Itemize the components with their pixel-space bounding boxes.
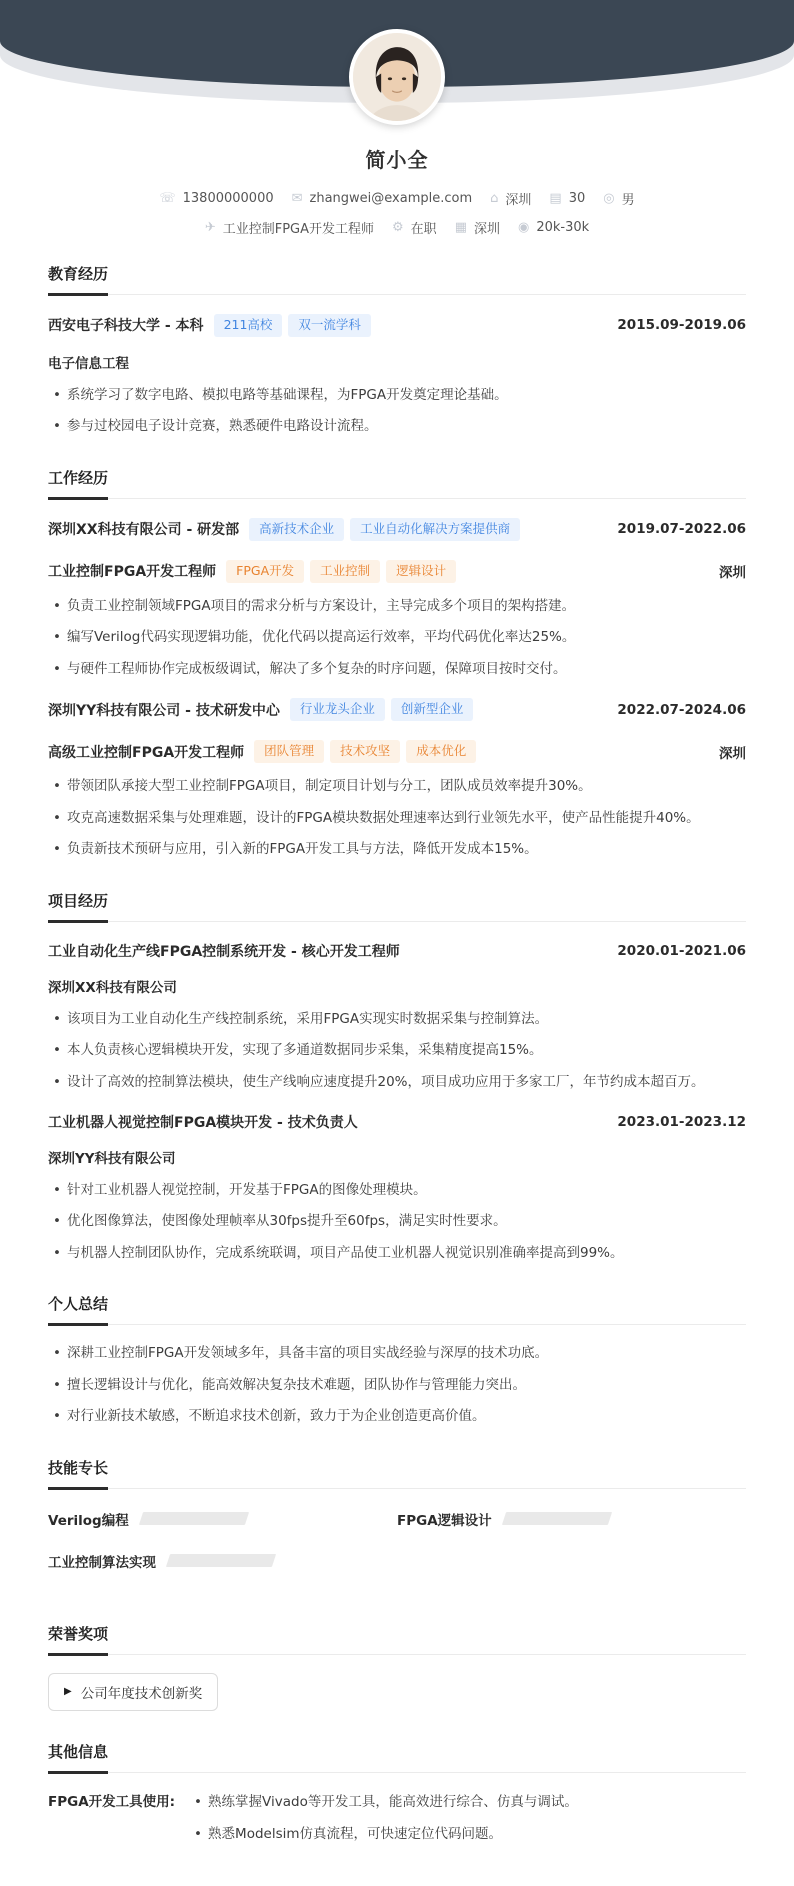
company-tag: 工业自动化解决方案提供商 bbox=[350, 518, 520, 541]
section-projects: 项目经历 工业自动化生产线FPGA控制系统开发 - 核心开发工程师 2020.0… bbox=[48, 890, 746, 1263]
work2-location: 深圳 bbox=[719, 742, 746, 762]
position-value: 工业控制FPGA开发工程师 bbox=[223, 218, 374, 237]
candidate-name: 简小全 bbox=[0, 144, 794, 173]
project1-bullets: 该项目为工业自动化生产线控制系统，采用FPGA实现实时数据采集与控制算法。 本人… bbox=[48, 1010, 746, 1093]
summary-heading: 个人总结 bbox=[48, 1293, 746, 1325]
phone-value: 13800000000 bbox=[183, 191, 274, 206]
work1-bullets: 负责工业控制领域FPGA项目的需求分析与方案设计，主导完成多个项目的架构搭建。 … bbox=[48, 597, 746, 680]
role-tag: 技术攻坚 bbox=[330, 740, 400, 763]
education-bullet: 参与过校园电子设计竞赛，熟悉硬件电路设计流程。 bbox=[48, 417, 746, 437]
projects-title: 项目经历 bbox=[48, 890, 108, 923]
position-item: ✈ 工业控制FPGA开发工程师 bbox=[205, 218, 374, 237]
project-name: 工业自动化生产线FPGA控制系统开发 - 核心开发工程师 bbox=[48, 941, 400, 961]
work1-role-row: 工业控制FPGA开发工程师 FPGA开发 工业控制 逻辑设计 深圳 bbox=[48, 560, 746, 583]
gender-icon: ◎ bbox=[603, 192, 614, 205]
other-bullet: 熟练掌握Vivado等开发工具，能高效进行综合、仿真与调试。 bbox=[189, 1793, 746, 1813]
project2-title-row: 工业机器人视觉控制FPGA模块开发 - 技术负责人 2023.01-2023.1… bbox=[48, 1112, 746, 1132]
summary-bullet: 对行业新技术敏感，不断追求技术创新，致力于为企业创造更高价值。 bbox=[48, 1407, 746, 1427]
other-label: FPGA开发工具使用: bbox=[48, 1793, 175, 1813]
status-icon: ⚙ bbox=[392, 221, 404, 234]
project1-date: 2020.01-2021.06 bbox=[617, 943, 746, 959]
section-skills: 技能专长 Verilog编程 FPGA逻辑设计 工业控制算法实现 bbox=[48, 1457, 746, 1593]
education-bullets: 系统学习了数字电路、模拟电路等基础课程，为FPGA开发奠定理论基础。 参与过校园… bbox=[48, 386, 746, 437]
skills-heading: 技能专长 bbox=[48, 1457, 746, 1489]
skill-fpga-logic: FPGA逻辑设计 bbox=[397, 1509, 746, 1529]
education-title: 教育经历 bbox=[48, 263, 108, 296]
gender-value: 男 bbox=[622, 189, 635, 208]
project-bullet: 与机器人控制团队协作，完成系统联调，项目产品使工业机器人视觉识别准确率提高到99… bbox=[48, 1244, 746, 1264]
email-item: ✉ zhangwei@example.com bbox=[292, 191, 473, 206]
honors-title: 荣誉奖项 bbox=[48, 1623, 108, 1656]
other-bullets: 熟练掌握Vivado等开发工具，能高效进行综合、仿真与调试。 熟悉Modelsi… bbox=[189, 1793, 746, 1856]
project-bullet: 设计了高效的控制算法模块，使生产线响应速度提升20%，项目成功应用于多家工厂，年… bbox=[48, 1073, 746, 1093]
salary-icon: ◉ bbox=[518, 221, 529, 234]
project-bullet: 该项目为工业自动化生产线控制系统，采用FPGA实现实时数据采集与控制算法。 bbox=[48, 1010, 746, 1030]
projects-heading: 项目经历 bbox=[48, 890, 746, 922]
education-date: 2015.09-2019.06 bbox=[617, 317, 746, 333]
work-heading: 工作经历 bbox=[48, 467, 746, 499]
work-entry-2: 深圳YY科技有限公司 - 技术研发中心 行业龙头企业 创新型企业 2022.07… bbox=[48, 698, 746, 859]
skill-progress-bar bbox=[139, 1512, 249, 1525]
mail-icon: ✉ bbox=[292, 192, 303, 205]
company-name: 深圳XX科技有限公司 - 研发部 bbox=[48, 519, 239, 539]
work-bullet: 带领团队承接大型工业控制FPGA项目，制定项目计划与分工，团队成员效率提升30%… bbox=[48, 777, 746, 797]
summary-title: 个人总结 bbox=[48, 1293, 108, 1326]
work-bullet: 攻克高速数据采集与处理难题，设计的FPGA模块数据处理速率达到行业领先水平，使产… bbox=[48, 809, 746, 829]
school-tag-211: 211高校 bbox=[214, 314, 283, 337]
work1-role-left: 工业控制FPGA开发工程师 FPGA开发 工业控制 逻辑设计 bbox=[48, 560, 456, 583]
role-tag: 逻辑设计 bbox=[386, 560, 456, 583]
company-tag: 创新型企业 bbox=[391, 698, 474, 721]
company-tag: 高新技术企业 bbox=[249, 518, 344, 541]
skill-label: Verilog编程 bbox=[48, 1509, 129, 1529]
work-bullet: 负责新技术预研与应用，引入新的FPGA开发工具与方法，降低开发成本15%。 bbox=[48, 840, 746, 860]
work-title: 工作经历 bbox=[48, 467, 108, 500]
work2-role-row: 高级工业控制FPGA开发工程师 团队管理 技术攻坚 成本优化 深圳 bbox=[48, 740, 746, 763]
work-bullet: 编写Verilog代码实现逻辑功能，优化代码以提高运行效率，平均代码优化率达25… bbox=[48, 628, 746, 648]
work-bullet: 与硬件工程师协作完成板级调试，解决了多个复杂的时序问题，保障项目按时交付。 bbox=[48, 660, 746, 680]
company-name: 深圳YY科技有限公司 - 技术研发中心 bbox=[48, 700, 280, 720]
building-icon: ▦ bbox=[455, 221, 467, 234]
skill-verilog: Verilog编程 bbox=[48, 1509, 397, 1529]
work2-company-row: 深圳YY科技有限公司 - 技术研发中心 行业龙头企业 创新型企业 2022.07… bbox=[48, 698, 746, 721]
age-value: 30 bbox=[569, 191, 586, 206]
work2-date: 2022.07-2024.06 bbox=[617, 702, 746, 718]
job-status-item: ⚙ 在职 bbox=[392, 218, 437, 237]
work2-company-left: 深圳YY科技有限公司 - 技术研发中心 行业龙头企业 创新型企业 bbox=[48, 698, 473, 721]
role-tag: 工业控制 bbox=[310, 560, 380, 583]
work-city-value: 深圳 bbox=[474, 218, 500, 237]
skill-label: FPGA逻辑设计 bbox=[397, 1509, 492, 1529]
summary-bullet: 深耕工业控制FPGA开发领域多年，具备丰富的项目实战经验与深厚的技术功底。 bbox=[48, 1344, 746, 1364]
work-city-item: ▦ 深圳 bbox=[455, 218, 500, 237]
work1-company-left: 深圳XX科技有限公司 - 研发部 高新技术企业 工业自动化解决方案提供商 bbox=[48, 518, 520, 541]
section-honors: 荣誉奖项 ▶ 公司年度技术创新奖 bbox=[48, 1623, 746, 1711]
section-summary: 个人总结 深耕工业控制FPGA开发领域多年，具备丰富的项目实战经验与深厚的技术功… bbox=[48, 1293, 746, 1427]
education-bullet: 系统学习了数字电路、模拟电路等基础课程，为FPGA开发奠定理论基础。 bbox=[48, 386, 746, 406]
salary-item: ◉ 20k-30k bbox=[518, 220, 589, 235]
avatar-portrait-image bbox=[353, 33, 441, 121]
project-bullet: 针对工业机器人视觉控制，开发基于FPGA的图像处理模块。 bbox=[48, 1181, 746, 1201]
project2-company: 深圳YY科技有限公司 bbox=[48, 1147, 746, 1167]
other-heading: 其他信息 bbox=[48, 1741, 746, 1773]
summary-bullets: 深耕工业控制FPGA开发领域多年，具备丰富的项目实战经验与深厚的技术功底。 擅长… bbox=[48, 1344, 746, 1427]
phone-item: ☏ 13800000000 bbox=[159, 191, 273, 206]
education-heading: 教育经历 bbox=[48, 263, 746, 295]
honors-heading: 荣誉奖项 bbox=[48, 1623, 746, 1655]
skill-industrial-control: 工业控制算法实现 bbox=[48, 1551, 397, 1571]
skills-title: 技能专长 bbox=[48, 1457, 108, 1490]
job-status-value: 在职 bbox=[411, 218, 437, 237]
company-tag: 行业龙头企业 bbox=[290, 698, 385, 721]
role-tag: 成本优化 bbox=[406, 740, 476, 763]
project1-company: 深圳XX科技有限公司 bbox=[48, 976, 746, 996]
project-bullet: 本人负责核心逻辑模块开发，实现了多通道数据同步采集，采集精度提高15%。 bbox=[48, 1041, 746, 1061]
school-name: 西安电子科技大学 - 本科 bbox=[48, 315, 204, 335]
other-bullet: 熟悉Modelsim仿真流程，可快速定位代码问题。 bbox=[189, 1825, 746, 1845]
resume-header bbox=[0, 0, 794, 136]
skill-progress-bar bbox=[166, 1554, 276, 1567]
role-name: 高级工业控制FPGA开发工程师 bbox=[48, 742, 244, 762]
work2-role-left: 高级工业控制FPGA开发工程师 团队管理 技术攻坚 成本优化 bbox=[48, 740, 476, 763]
email-value: zhangwei@example.com bbox=[310, 191, 473, 206]
gender-item: ◎ 男 bbox=[603, 189, 634, 208]
role-name: 工业控制FPGA开发工程师 bbox=[48, 561, 216, 581]
skill-label: 工业控制算法实现 bbox=[48, 1551, 156, 1571]
other-title: 其他信息 bbox=[48, 1741, 108, 1774]
section-work: 工作经历 深圳XX科技有限公司 - 研发部 高新技术企业 工业自动化解决方案提供… bbox=[48, 467, 746, 860]
location-icon: ⌂ bbox=[490, 192, 498, 205]
work-bullet: 负责工业控制领域FPGA项目的需求分析与方案设计，主导完成多个项目的架构搭建。 bbox=[48, 597, 746, 617]
project-bullet: 优化图像算法，使图像处理帧率从30fps提升至60fps，满足实时性要求。 bbox=[48, 1212, 746, 1232]
work-entry-1: 深圳XX科技有限公司 - 研发部 高新技术企业 工业自动化解决方案提供商 201… bbox=[48, 518, 746, 679]
age-icon: ▤ bbox=[549, 192, 561, 205]
summary-bullet: 擅长逻辑设计与优化，能高效解决复杂技术难题，团队协作与管理能力突出。 bbox=[48, 1376, 746, 1396]
project2-date: 2023.01-2023.12 bbox=[617, 1114, 746, 1130]
age-item: ▤ 30 bbox=[549, 191, 585, 206]
section-education: 教育经历 西安电子科技大学 - 本科 211高校 双一流学科 2015.09-2… bbox=[48, 263, 746, 437]
work2-bullets: 带领团队承接大型工业控制FPGA项目，制定项目计划与分工，团队成员效率提升30%… bbox=[48, 777, 746, 860]
skills-grid: Verilog编程 FPGA逻辑设计 工业控制算法实现 bbox=[48, 1509, 746, 1593]
work1-date: 2019.07-2022.06 bbox=[617, 521, 746, 537]
project2-bullets: 针对工业机器人视觉控制，开发基于FPGA的图像处理模块。 优化图像算法，使图像处… bbox=[48, 1181, 746, 1264]
major-name: 电子信息工程 bbox=[48, 352, 746, 372]
section-other: 其他信息 FPGA开发工具使用: 熟练掌握Vivado等开发工具，能高效进行综合… bbox=[48, 1741, 746, 1856]
honor-label: 公司年度技术创新奖 bbox=[81, 1682, 203, 1702]
avatar bbox=[349, 29, 445, 125]
work1-company-row: 深圳XX科技有限公司 - 研发部 高新技术企业 工业自动化解决方案提供商 201… bbox=[48, 518, 746, 541]
project-entry-2: 工业机器人视觉控制FPGA模块开发 - 技术负责人 2023.01-2023.1… bbox=[48, 1112, 746, 1264]
education-entry-header: 西安电子科技大学 - 本科 211高校 双一流学科 2015.09-2019.0… bbox=[48, 314, 746, 337]
resume-body: 教育经历 西安电子科技大学 - 本科 211高校 双一流学科 2015.09-2… bbox=[0, 237, 794, 1886]
role-tag: 团队管理 bbox=[254, 740, 324, 763]
education-entry-left: 西安电子科技大学 - 本科 211高校 双一流学科 bbox=[48, 314, 371, 337]
role-tag: FPGA开发 bbox=[226, 560, 304, 583]
contact-row-2: ✈ 工业控制FPGA开发工程师 ⚙ 在职 ▦ 深圳 ◉ 20k-30k bbox=[0, 218, 794, 237]
skill-progress-bar bbox=[502, 1512, 612, 1525]
school-tag-double-first-class: 双一流学科 bbox=[288, 314, 371, 337]
project-name: 工业机器人视觉控制FPGA模块开发 - 技术负责人 bbox=[48, 1112, 358, 1132]
play-expand-icon: ▶ bbox=[64, 1686, 72, 1697]
salary-value: 20k-30k bbox=[536, 220, 589, 235]
location-item: ⌂ 深圳 bbox=[490, 189, 531, 208]
project-entry-1: 工业自动化生产线FPGA控制系统开发 - 核心开发工程师 2020.01-202… bbox=[48, 941, 746, 1093]
position-icon: ✈ bbox=[205, 221, 216, 234]
contact-row-1: ☏ 13800000000 ✉ zhangwei@example.com ⌂ 深… bbox=[0, 189, 794, 208]
other-info-row: FPGA开发工具使用: 熟练掌握Vivado等开发工具，能高效进行综合、仿真与调… bbox=[48, 1793, 746, 1856]
work1-location: 深圳 bbox=[719, 561, 746, 581]
location-value: 深圳 bbox=[505, 189, 531, 208]
honor-expand-chip[interactable]: ▶ 公司年度技术创新奖 bbox=[48, 1673, 218, 1711]
phone-icon: ☏ bbox=[159, 192, 175, 205]
project1-title-row: 工业自动化生产线FPGA控制系统开发 - 核心开发工程师 2020.01-202… bbox=[48, 941, 746, 961]
